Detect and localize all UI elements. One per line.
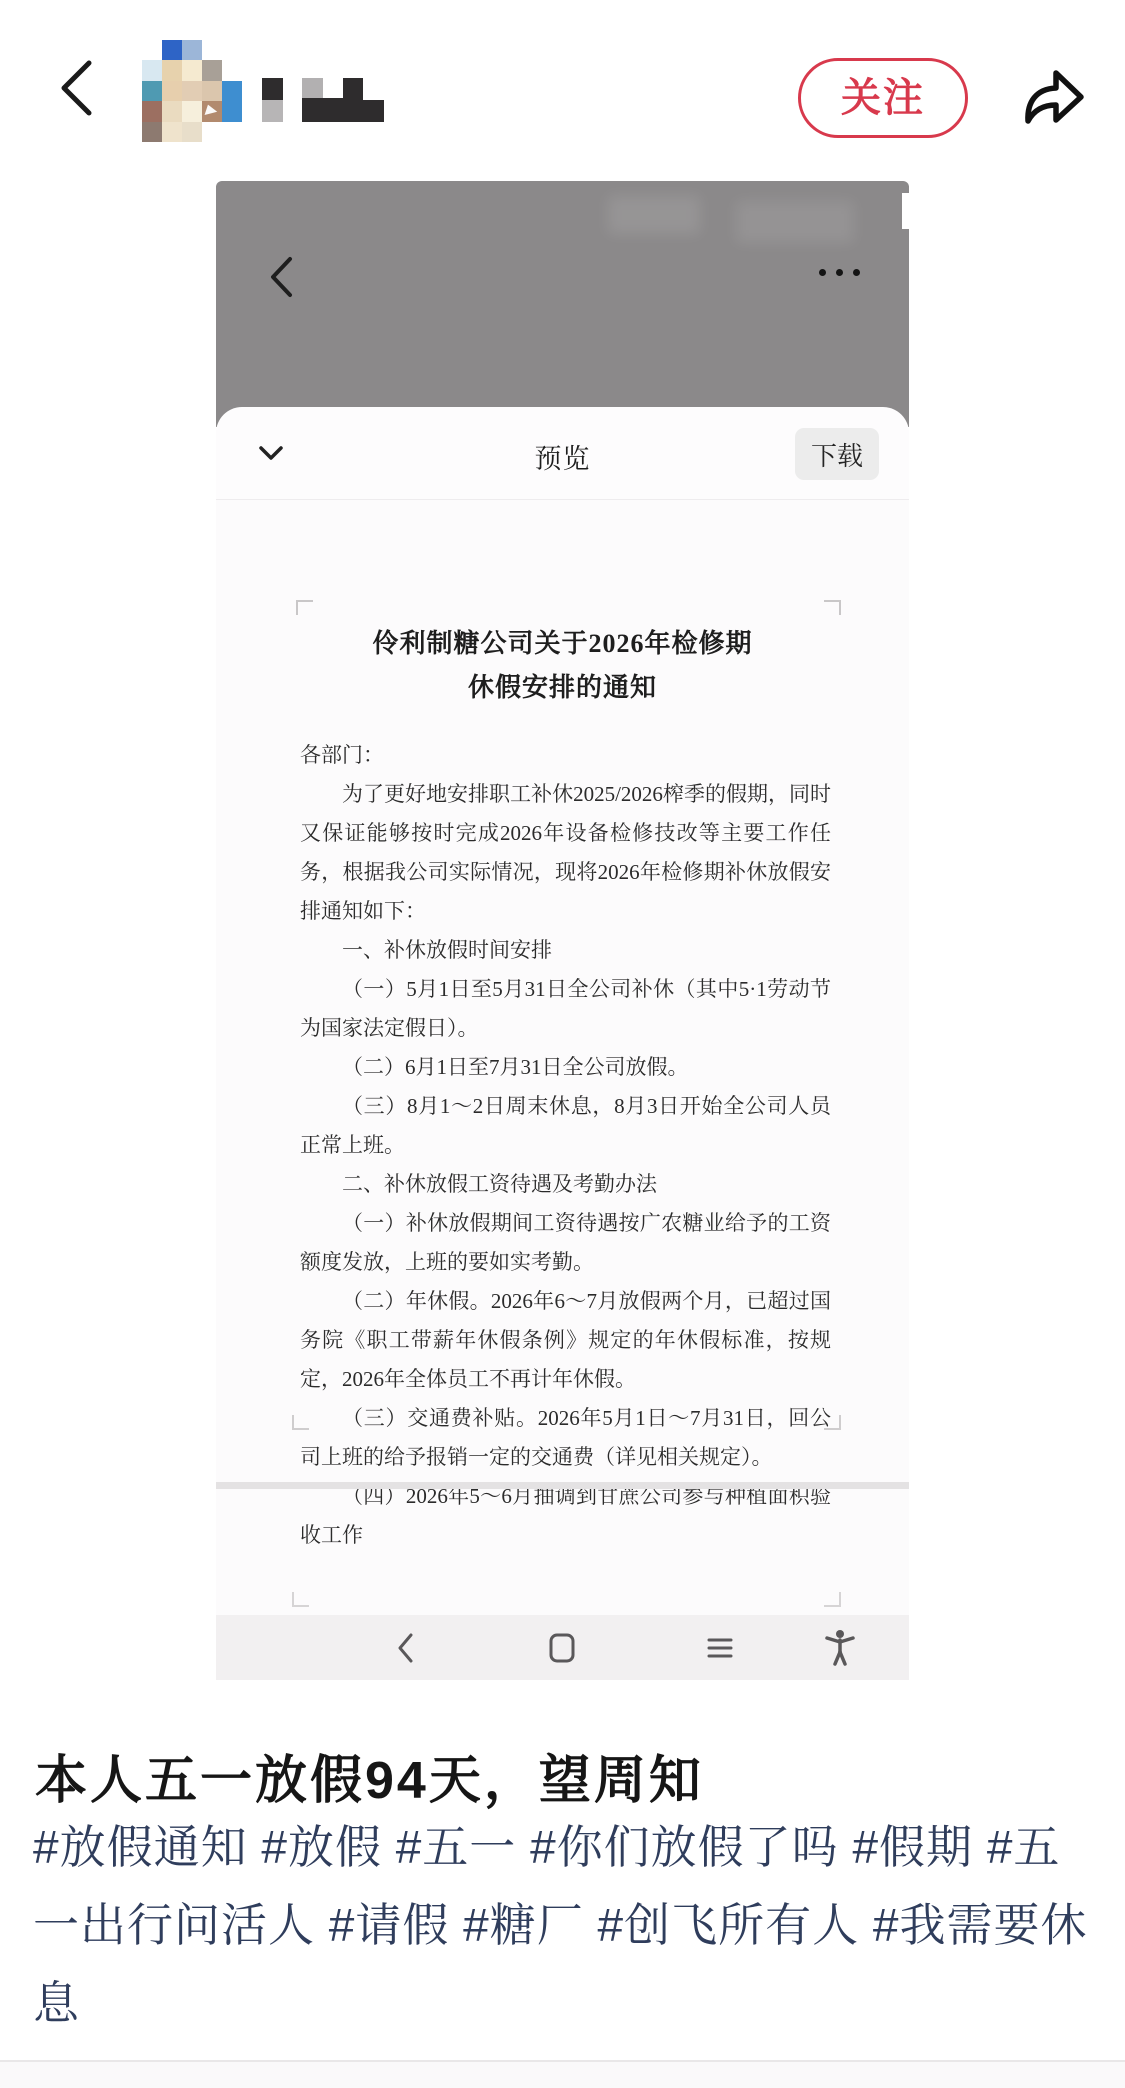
preview-bar: 预览 下载: [216, 407, 909, 500]
avatar-pixel: [162, 101, 182, 121]
screenshot-attachment[interactable]: 预览 下载 伶利制糖公司关于2026年检修期 休假安排的通知 各部门： 为了更好…: [216, 181, 909, 1680]
document-paragraph: （二）年休假。2026年6～7月放假两个月，已超过国务院《职工带薪年休假条例》规…: [300, 1282, 831, 1399]
post-title: 本人五一放假94天，望周知: [35, 1738, 1095, 1813]
viewer-header: [216, 181, 909, 427]
avatar-pixel: [202, 81, 222, 101]
redacted-content: [608, 196, 700, 234]
document-preview[interactable]: 伶利制糖公司关于2026年检修期 休假安排的通知 各部门： 为了更好地安排职工补…: [216, 500, 909, 1615]
preview-sheet: 预览 下载 伶利制糖公司关于2026年检修期 休假安排的通知 各部门： 为了更好…: [216, 407, 909, 1680]
nav-accessibility-icon[interactable]: [822, 1629, 858, 1667]
avatar-pixel: [222, 122, 242, 142]
document-salutation: 各部门：: [300, 736, 831, 775]
avatar-pixel: [222, 81, 242, 101]
top-bar: 关注: [0, 0, 1125, 165]
nav-home-icon[interactable]: [548, 1632, 576, 1664]
avatar-pixel: [142, 101, 162, 121]
redacted-content: [736, 201, 854, 243]
document-paragraph: （三）交通费补贴。2026年5月1日～7月31日，回公司上班的给予报销一定的交通…: [300, 1399, 831, 1477]
avatar-pixel: [182, 122, 202, 142]
viewer-more-icon[interactable]: [819, 269, 883, 277]
page-corner-mark: [824, 1592, 841, 1607]
nav-back-icon[interactable]: [395, 1632, 415, 1664]
follow-button[interactable]: 关注: [798, 58, 968, 138]
document-title-line2: 休假安排的通知: [468, 673, 657, 702]
avatar-pixel: [142, 122, 162, 142]
page-corner-mark: [292, 1415, 309, 1430]
avatar-pixel: [202, 122, 222, 142]
avatar-pixel: [162, 122, 182, 142]
screen-notch: [902, 193, 909, 229]
avatar-pixel: [142, 81, 162, 101]
page-break: [216, 1482, 909, 1489]
share-icon[interactable]: [1015, 58, 1087, 130]
avatar-pixel: [142, 40, 162, 60]
avatar-pixel: [162, 81, 182, 101]
back-icon[interactable]: [55, 58, 97, 118]
avatar-pixel: [222, 40, 242, 60]
page-corner-mark: [824, 1415, 841, 1430]
avatar-pixel: [202, 40, 222, 60]
page-corner-mark: [292, 1592, 309, 1607]
avatar-pixel: [182, 81, 202, 101]
avatar-pixel: [162, 60, 182, 80]
avatar-pixel: [222, 101, 242, 121]
post-hashtags[interactable]: #放假通知 #放假 #五一 #你们放假了吗 #假期 #五一出行问活人 #请假 #…: [33, 1808, 1101, 2042]
android-nav-bar: [216, 1615, 909, 1680]
download-button[interactable]: 下载: [795, 428, 879, 480]
post-page: 关注 预览 下载: [0, 0, 1125, 2088]
document-paragraph: （三）8月1～2日周末休息，8月3日开始全公司人员正常上班。: [300, 1087, 831, 1165]
page-corner-mark: [296, 600, 313, 615]
page-corner-mark: [824, 600, 841, 615]
avatar-pixel: [182, 60, 202, 80]
viewer-back-icon[interactable]: [266, 255, 296, 299]
avatar-pixel: [182, 101, 202, 121]
avatar-pixel: [162, 40, 182, 60]
document-paragraph: 一、补休放假时间安排: [300, 931, 831, 970]
document-paragraph: 为了更好地安排职工补休2025/2026榨季的假期，同时又保证能够按时完成202…: [300, 775, 831, 931]
document-title: 伶利制糖公司关于2026年检修期 休假安排的通知: [216, 500, 909, 710]
avatar[interactable]: [142, 40, 242, 142]
document-paragraph: 二、补休放假工资待遇及考勤办法: [300, 1165, 831, 1204]
document-paragraph: （二）6月1日至7月31日全公司放假。: [300, 1048, 831, 1087]
avatar-pixel: [182, 40, 202, 60]
document-paragraph: （一）补休放假期间工资待遇按广农糖业给予的工资额度发放，上班的要如实考勤。: [300, 1204, 831, 1282]
username-redacted[interactable]: [262, 78, 387, 122]
avatar-pixel: [202, 60, 222, 80]
document-title-line1: 伶利制糖公司关于2026年检修期: [372, 629, 752, 658]
document-body: 各部门： 为了更好地安排职工补休2025/2026榨季的假期，同时又保证能够按时…: [216, 710, 909, 1555]
avatar-pixel: [222, 60, 242, 80]
document-paragraph: （一）5月1日至5月31日全公司补休（其中5·1劳动节为国家法定假日）。: [300, 970, 831, 1048]
avatar-pixel: [142, 60, 162, 80]
nav-recents-icon[interactable]: [707, 1636, 733, 1660]
footer-strip: [0, 2062, 1125, 2088]
